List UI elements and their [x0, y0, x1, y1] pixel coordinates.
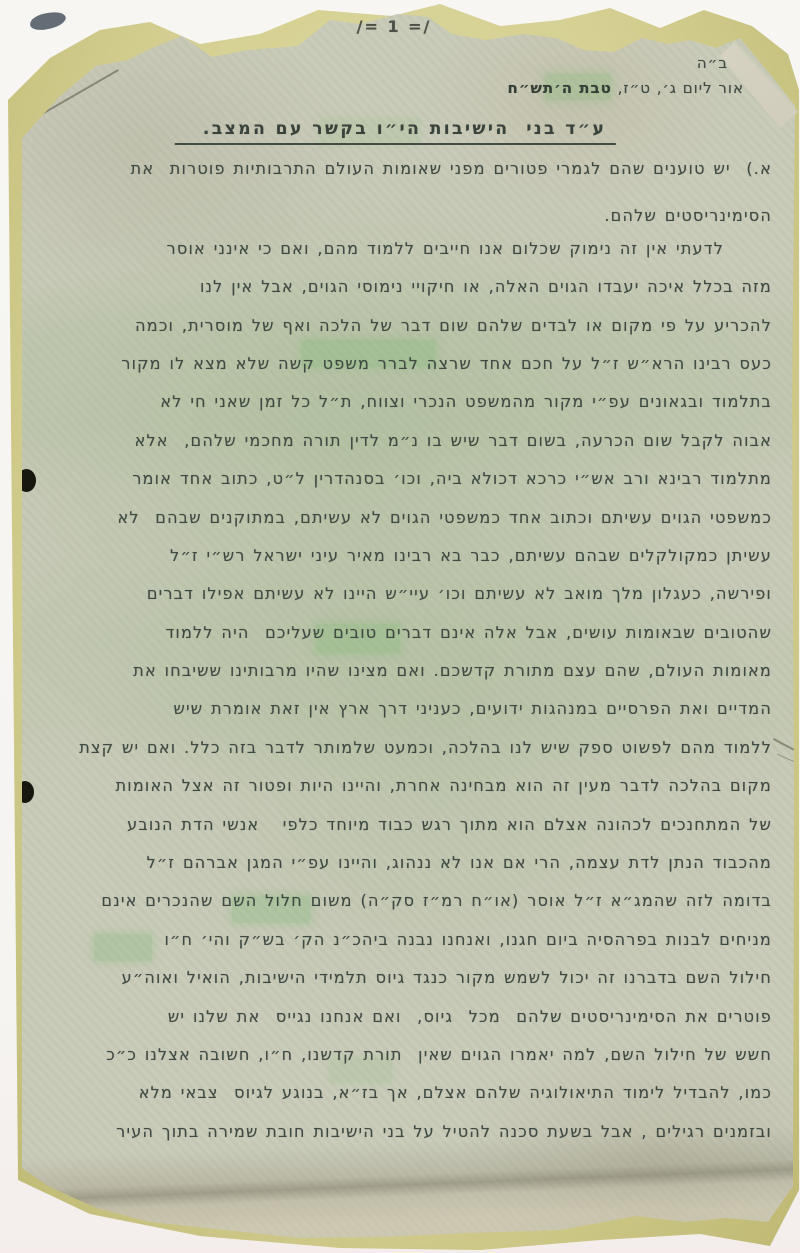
text-line: עשיתן כמקולקלים שבהם עשיתם, כבר בא רבינו… [14, 537, 772, 575]
header-bh: ב״ה [697, 54, 728, 72]
page-number: /= 1 =/ [357, 17, 432, 36]
text-line: כמשפטי הגוים עשיתם וכתוב אחד כמשפטי הגוי… [14, 499, 772, 537]
text-line: לדעתי אין זה נימוק שכלום אנו חייבים ללמו… [14, 230, 772, 268]
text-line: בתלמוד ובגאונים עפ״י מקור מהמשפט הנכרי ו… [14, 383, 772, 421]
text-line: ופירשה, כעגלון מלך מואב לא עשיתם וכו׳ עי… [14, 575, 772, 613]
document-title: ע״ד בני הישיבות הי״ו בקשר עם המצב. [175, 119, 616, 145]
date-line: אור ליום ג׳, ט״ז, טבת ה׳תש״ח [508, 79, 744, 97]
text-line: פוטרים את הסימינריסטים שלהם מכל גיוס, וא… [14, 998, 772, 1036]
text-line: להכריע על פי מקום או לבדים שלהם שום דבר … [14, 307, 772, 345]
text-line: המדיים ואת הפרסיים במנהגות ידועים, כענינ… [14, 690, 772, 728]
text-line: מאומות העולם, שהם עצם מתורת קדשכם. ואם מ… [14, 652, 772, 690]
text-line: של המתחנכים לכהונה אצלם הוא מתוך רגש כבו… [14, 806, 772, 844]
text-line: מניחים לבנות בפרהסיה ביום חגנו, ואנחנו נ… [14, 921, 772, 959]
text-line: חילול השם בדברנו זה יכול לשמש מקור כנגד … [14, 959, 772, 997]
text-line: א.) יש טוענים שהם לגמרי פטורים מפני שאומ… [14, 150, 772, 188]
text-line: ללמוד מהם לפשוט ספק שיש לנו בהלכה, וכמעט… [14, 729, 772, 767]
text-line: אבוה לקבל שום הכרעה, בשום דבר שיש בו נ״מ… [14, 422, 772, 460]
date-year: טבת ה׳תש״ח [508, 79, 612, 97]
text-line: בדומה לזה שהמג״א ז״ל אוסר (או״ח רמ״ז סק״… [14, 882, 772, 920]
text-line: מהכבוד הנתן לדת עצמה, הרי אם אנו לא ננהו… [14, 844, 772, 882]
text-line: שהטובים שבאומות עושים, אבל אלה אינם דברי… [14, 614, 772, 652]
document-body: א.) יש טוענים שהם לגמרי פטורים מפני שאומ… [14, 150, 772, 1151]
text-line: כעס רבינו הרא״ש ז״ל על חכם אחד שרצה לברר… [14, 345, 772, 383]
text-line: מתלמוד רבינא ורב אש״י כרכא דכולא ביה, וכ… [14, 460, 772, 498]
text-line: ובזמנים רגילים , אבל בשעת סכנה להטיל על … [14, 1113, 772, 1151]
scanned-document: /= 1 =/ ב״ה אור ליום ג׳, ט״ז, טבת ה׳תש״ח… [0, 0, 800, 1253]
date-text: אור ליום ג׳, ט״ז, [612, 79, 744, 97]
text-line: חשש של חילול השם, למה יאמרו הגוים שאין ת… [14, 1036, 772, 1074]
text-line: כמו, להבדיל לימוד התיאולוגיה שלהם אצלם, … [14, 1074, 772, 1112]
text-line: מקום בהלכה לדבר מעין זה הוא מבחינה אחרת,… [14, 767, 772, 805]
document-text-layer: /= 1 =/ ב״ה אור ליום ג׳, ט״ז, טבת ה׳תש״ח… [0, 0, 800, 1253]
text-line: מזה בכלל איכה יעבדו הגוים האלה, או חיקוי… [14, 268, 772, 306]
